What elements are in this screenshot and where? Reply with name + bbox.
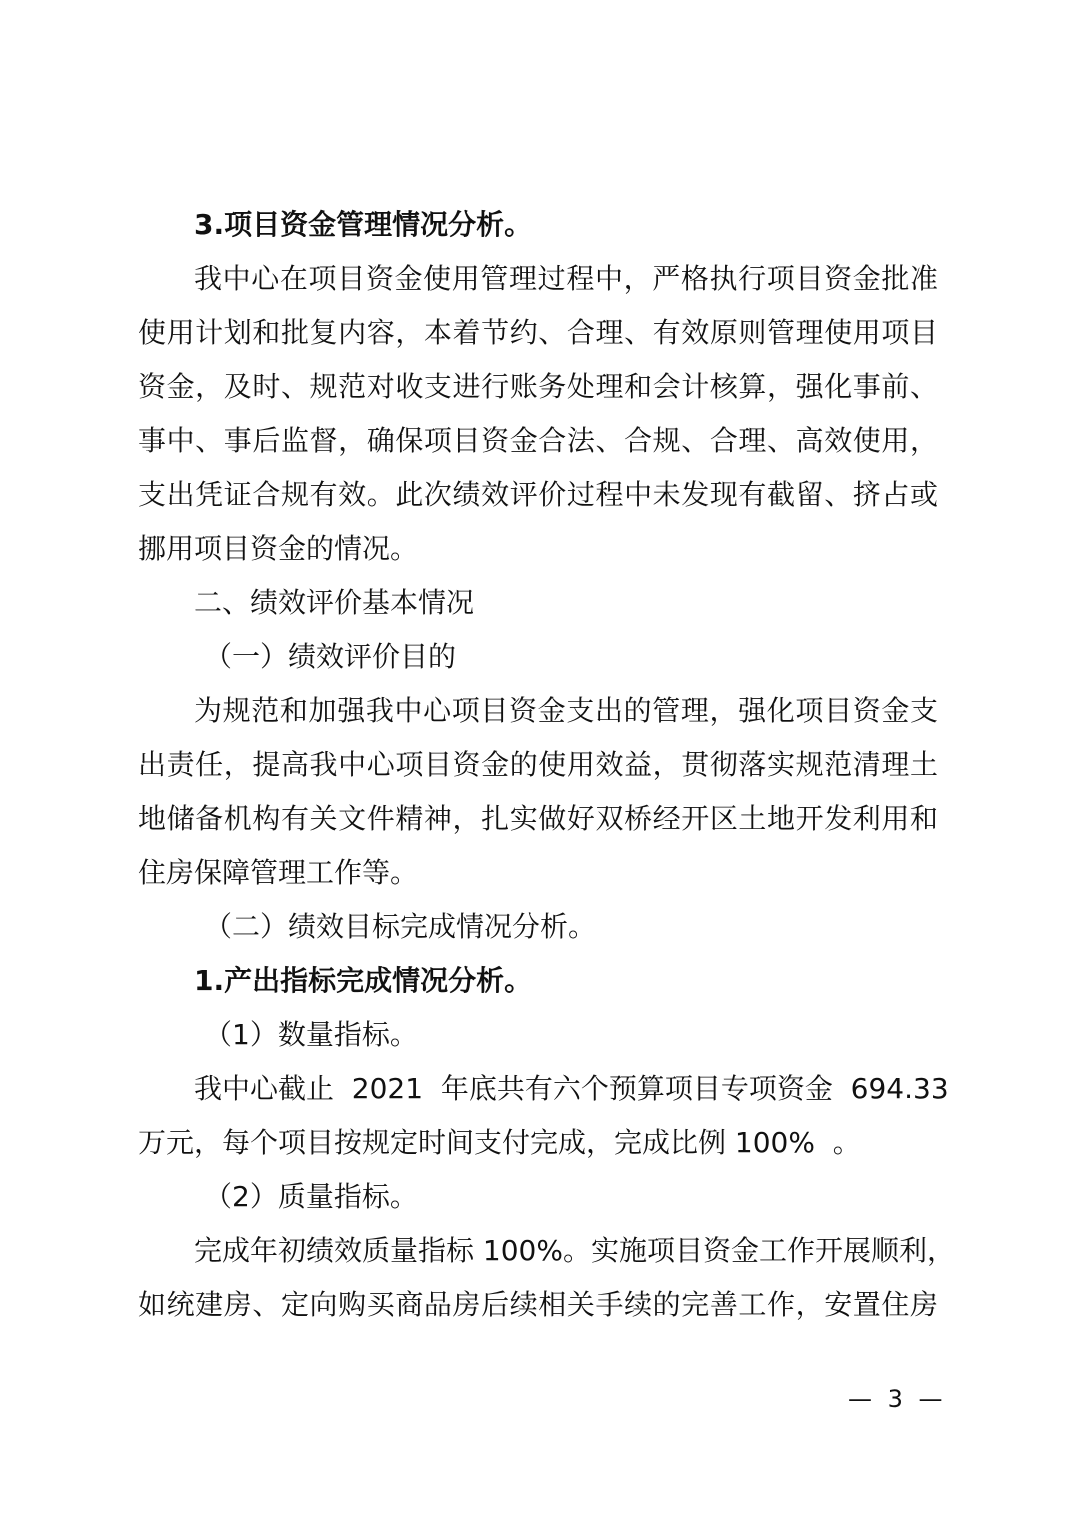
subheading-evaluation-purpose: （一）绩效评价目的 <box>204 640 1004 674</box>
paragraph-line: 为规范和加强我中心项目资金支出的管理，强化项目资金支 <box>194 694 938 728</box>
paragraph-line: 使用计划和批复内容，本着节约、合理、有效原则管理使用项目 <box>138 316 938 350</box>
section-heading-fund-management: 3.项目资金管理情况分析。 <box>194 208 938 242</box>
document-page: 3.项目资金管理情况分析。 我中心在项目资金使用管理过程中，严格执行项目资金批准… <box>0 0 1074 1520</box>
paragraph-line: 如统建房、定向购买商品房后续相关手续的完善工作，安置住房 <box>138 1288 938 1322</box>
section-heading-evaluation-basics: 二、绩效评价基本情况 <box>194 586 938 620</box>
paragraph-line: 支出凭证合规有效。此次绩效评价过程中未发现有截留、挤占或 <box>138 478 938 512</box>
paragraph-line: 我中心在项目资金使用管理过程中，严格执行项目资金批准 <box>194 262 938 296</box>
paragraph-line: 事中、事后监督，确保项目资金合法、合规、合理、高效使用， <box>138 424 938 458</box>
paragraph-line: 挪用项目资金的情况。 <box>138 532 938 566</box>
paragraph-line: 万元，每个项目按规定时间支付完成，完成比例 100% 。 <box>138 1126 938 1160</box>
subheading-quantity-indicators: （1）数量指标。 <box>204 1018 1004 1052</box>
subheading-quality-indicators: （2）质量指标。 <box>204 1180 1004 1214</box>
paragraph-line: 住房保障管理工作等。 <box>138 856 938 890</box>
paragraph-line: 出责任，提高我中心项目资金的使用效益，贯彻落实规范清理土 <box>138 748 938 782</box>
subheading-goal-completion: （二）绩效目标完成情况分析。 <box>204 910 1004 944</box>
section-heading-output-indicators: 1.产出指标完成情况分析。 <box>194 964 938 998</box>
page-number: — 3 — <box>848 1384 947 1414</box>
paragraph-line: 完成年初绩效质量指标 100%。实施项目资金工作开展顺利， <box>194 1234 938 1268</box>
paragraph-line: 资金，及时、规范对收支进行账务处理和会计核算，强化事前、 <box>138 370 938 404</box>
paragraph-line: 我中心截止 2021 年底共有六个预算项目专项资金 694.33 <box>194 1072 938 1106</box>
paragraph-line: 地储备机构有关文件精神，扎实做好双桥经开区土地开发利用和 <box>138 802 938 836</box>
